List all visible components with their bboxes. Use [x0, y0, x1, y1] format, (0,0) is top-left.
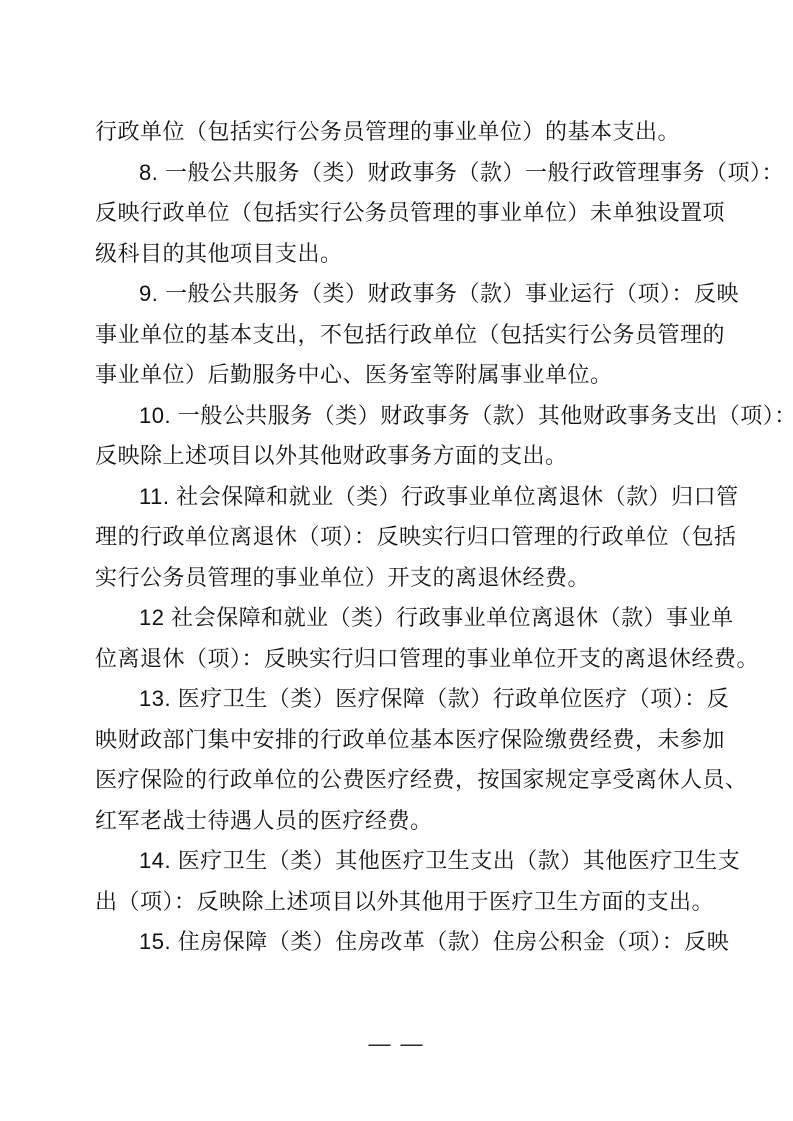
text-line: 11. 社会保障和就业（类）行政事业单位离退休（款）归口管: [95, 477, 719, 518]
text-line: 13. 医疗卫生（类）医疗保障（款）行政单位医疗（项）：反: [95, 679, 719, 720]
page-number-marker: — —: [0, 1031, 793, 1057]
text-line: 位离退休（项）：反映实行归口管理的事业单位开支的离退休经费。: [95, 639, 719, 680]
text-line: 行政单位（包括实行公务员管理的事业单位）的基本支出。: [95, 112, 719, 153]
text-line: 实行公务员管理的事业单位）开支的离退休经费。: [95, 558, 719, 599]
text-line: 9. 一般公共服务（类）财政事务（款）事业运行（项）：反映: [95, 274, 719, 315]
text-line: 12 社会保障和就业（类）行政事业单位离退休（款）事业单: [95, 598, 719, 639]
text-line: 14. 医疗卫生（类）其他医疗卫生支出（款）其他医疗卫生支: [95, 841, 719, 882]
text-line: 反映除上述项目以外其他财政事务方面的支出。: [95, 436, 719, 477]
text-line: 级科目的其他项目支出。: [95, 234, 719, 275]
text-line: 10. 一般公共服务（类）财政事务（款）其他财政事务支出（项）：: [95, 396, 719, 437]
text-line: 反映行政单位（包括实行公务员管理的事业单位）未单独设置项: [95, 193, 719, 234]
text-line: 理的行政单位离退休（项）：反映实行归口管理的行政单位（包括: [95, 517, 719, 558]
text-line: 事业单位）后勤服务中心、医务室等附属事业单位。: [95, 355, 719, 396]
text-line: 医疗保险的行政单位的公费医疗经费，按国家规定享受离休人员、: [95, 760, 719, 801]
text-line: 事业单位的基本支出，不包括行政单位（包括实行公务员管理的: [95, 315, 719, 356]
document-text-block: 行政单位（包括实行公务员管理的事业单位）的基本支出。8. 一般公共服务（类）财政…: [95, 112, 719, 963]
text-line: 红军老战士待遇人员的医疗经费。: [95, 801, 719, 842]
text-line: 出（项）：反映除上述项目以外其他用于医疗卫生方面的支出。: [95, 882, 719, 923]
document-page: 行政单位（包括实行公务员管理的事业单位）的基本支出。8. 一般公共服务（类）财政…: [0, 0, 793, 1121]
text-line: 映财政部门集中安排的行政单位基本医疗保险缴费经费，未参加: [95, 720, 719, 761]
text-line: 8. 一般公共服务（类）财政事务（款）一般行政管理事务（项）：: [95, 153, 719, 194]
text-line: 15. 住房保障（类）住房改革（款）住房公积金（项）：反映: [95, 922, 719, 963]
